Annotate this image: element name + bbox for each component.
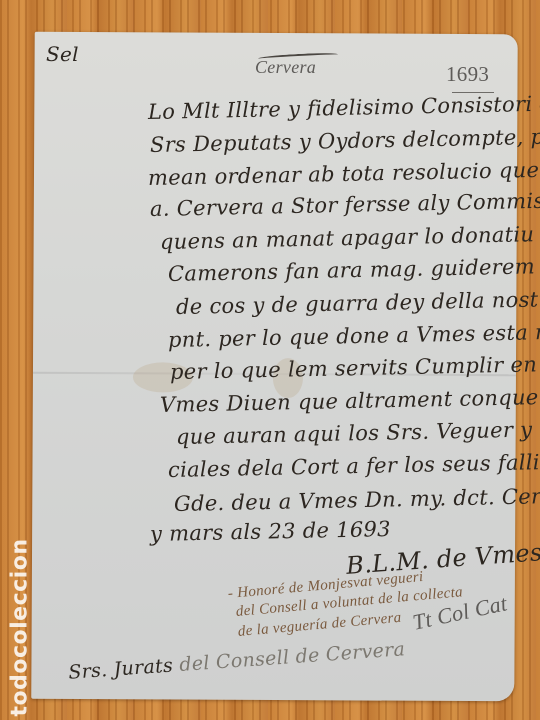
footer-prefix: Srs.: [68, 659, 109, 684]
footer-name: Jurats: [113, 654, 174, 680]
watermark: todocoleccion: [7, 545, 33, 710]
corner-label: Sel: [46, 42, 79, 66]
document-year: 1693: [446, 62, 489, 87]
date-line: y mars als 23 de 1693: [150, 517, 391, 546]
watermark-text: todocoleccion: [8, 538, 33, 716]
document-heading: Cervera: [255, 57, 316, 78]
